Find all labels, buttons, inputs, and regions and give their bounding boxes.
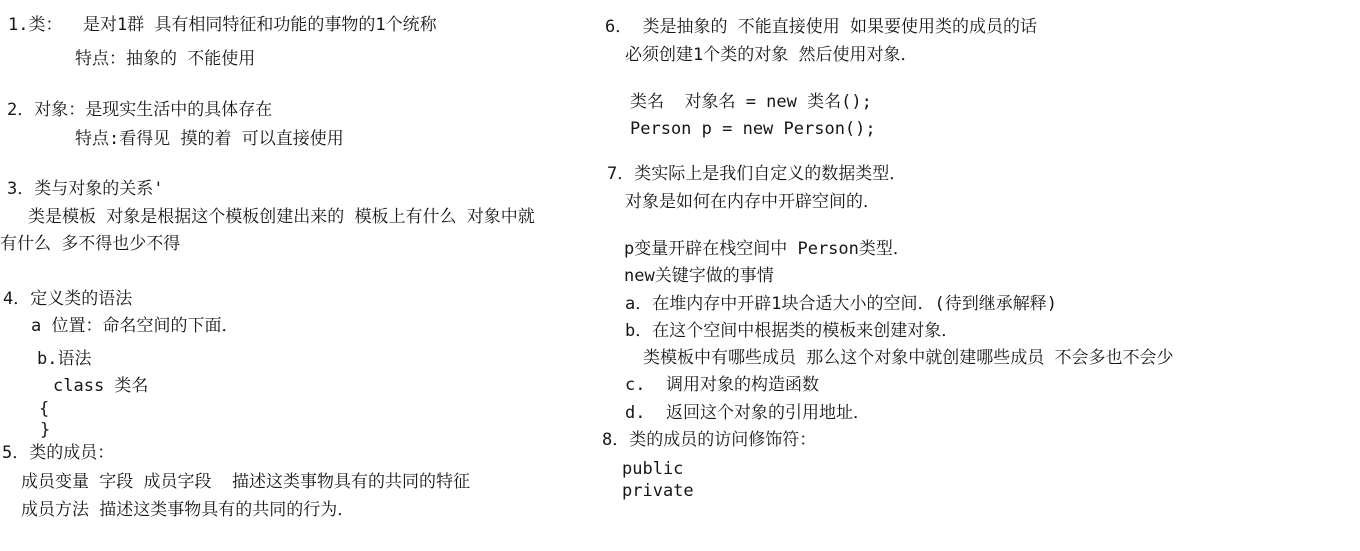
- item7-new-note: new关键字做的事情: [624, 266, 774, 286]
- item6-title: 6． 类是抽象的 不能直接使用 如果要使用类的成员的话: [605, 17, 1037, 37]
- item3-title: 3．类与对象的关系': [7, 179, 163, 199]
- item7-title: 7．类实际上是我们自定义的数据类型．: [607, 164, 906, 184]
- item2-title: 2．对象：是现实生活中的具体存在: [7, 100, 272, 120]
- item7-step-a: a．在堆内存中开辟1块合适大小的空间．(待到继承解释): [625, 294, 1057, 314]
- item7-step-b-detail: 类模板中有哪些成员 那么这个对象中就创建哪些成员 不会多也不会少: [643, 348, 1173, 368]
- item6-code-example: Person p = new Person();: [630, 119, 876, 139]
- item5-member-var: 成员变量 字段 成员字段 描述这类事物具有的共同的特征: [21, 472, 470, 492]
- item4-title: 4．定义类的语法: [3, 289, 132, 309]
- item7-step-c: c. 调用对象的构造函数: [625, 375, 819, 395]
- item2-feature: 特点:看得见 摸的着 可以直接使用: [75, 129, 344, 149]
- item7-body: 对象是如何在内存中开辟空间的．: [625, 192, 880, 212]
- item7-step-b: b．在这个空间中根据类的模板来创建对象．: [625, 321, 958, 341]
- item6-body: 必须创建1个类的对象 然后使用对象．: [625, 45, 917, 65]
- item6-code-template: 类名 对象名 = new 类名();: [630, 92, 872, 112]
- item8-title: 8．类的成员的访问修饰符：: [602, 430, 816, 450]
- item4-a-position: a 位置：命名空间的下面．: [31, 316, 238, 336]
- item7-step-d: d. 返回这个对象的引用地址．: [625, 403, 870, 423]
- item3-body-2: 有什么 多不得也少不得: [0, 234, 180, 254]
- item8-private: private: [622, 481, 694, 501]
- notes-document[interactable]: 1.类： 是对1群 具有相同特征和功能的事物的1个统称 特点：抽象的 不能使用 …: [0, 0, 1360, 551]
- item7-p-note: p变量开辟在栈空间中 Person类型．: [624, 239, 910, 259]
- item1-feature: 特点：抽象的 不能使用: [75, 49, 255, 69]
- item4-brace-close: }: [40, 420, 50, 440]
- item4-brace-open: {: [39, 399, 49, 419]
- item1-title: 1.类： 是对1群 具有相同特征和功能的事物的1个统称: [8, 15, 437, 35]
- item5-member-method: 成员方法 描述这类事物具有的共同的行为．: [21, 500, 354, 520]
- item5-title: 5．类的成员：: [2, 443, 114, 463]
- item8-public: public: [622, 459, 683, 479]
- item3-body-1: 类是模板 对象是根据这个模板创建出来的 模板上有什么 对象中就: [28, 207, 535, 227]
- item4-class-code: class 类名: [53, 376, 148, 396]
- item4-b-syntax: b.语法: [37, 349, 91, 369]
